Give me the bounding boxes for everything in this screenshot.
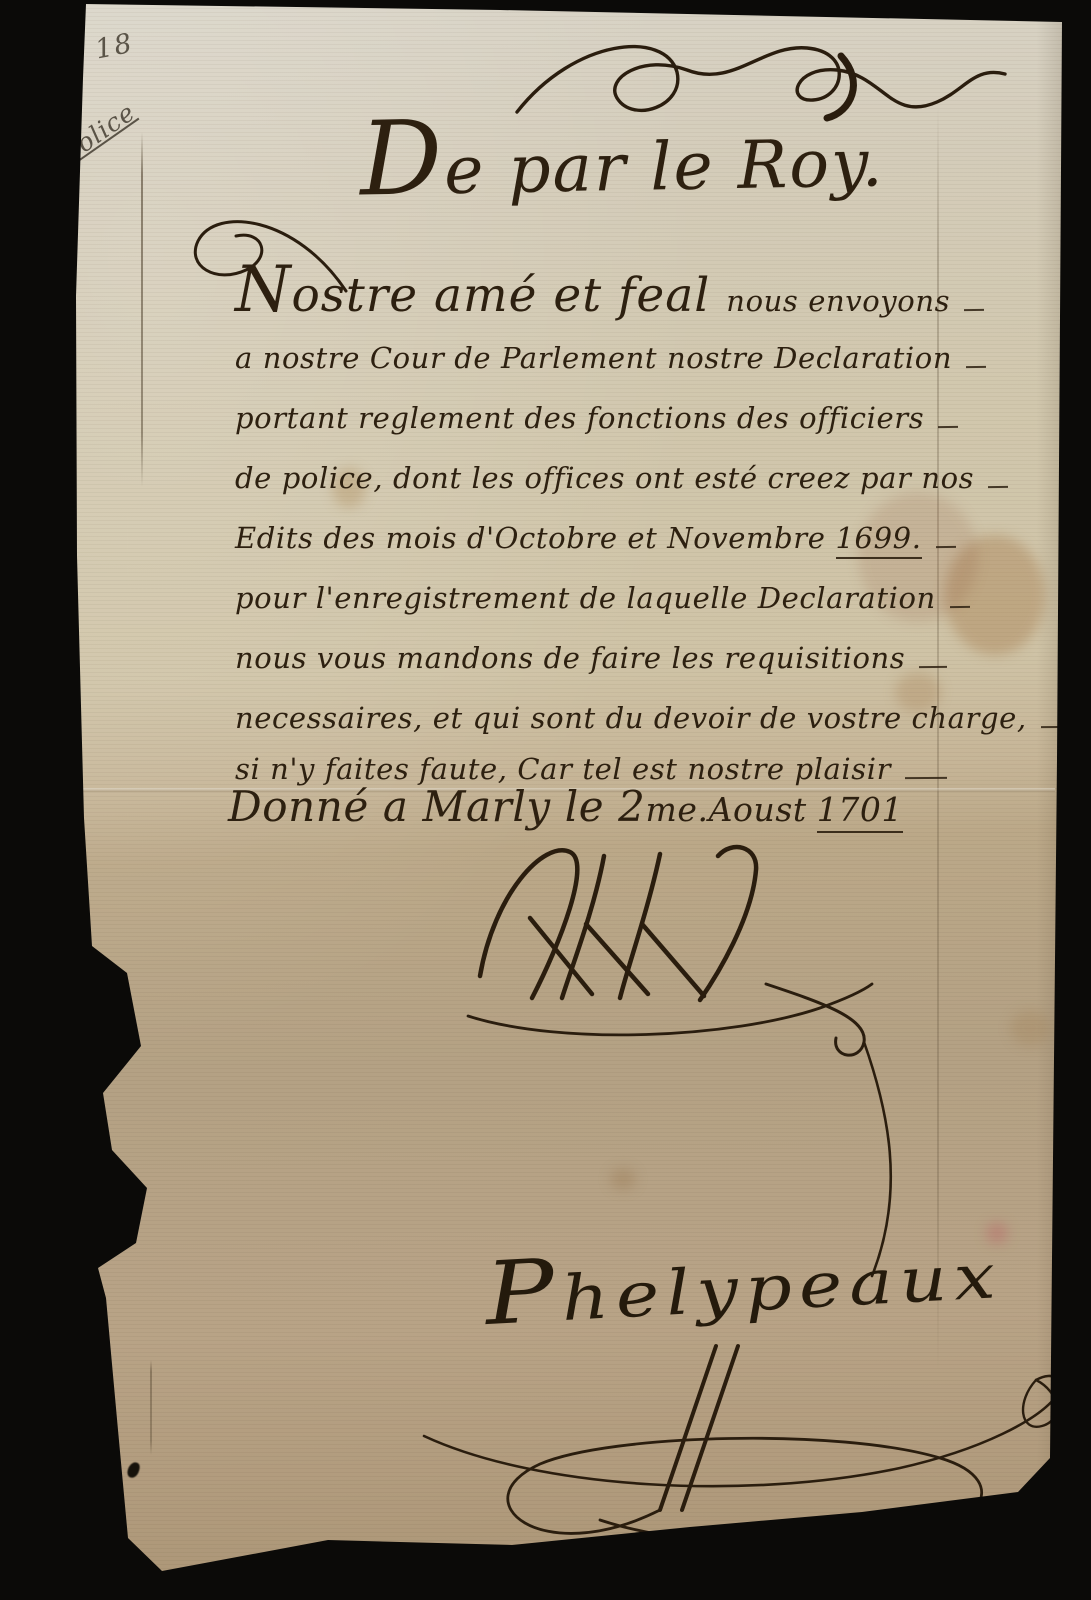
line-text: nous envoyons xyxy=(726,284,950,318)
dateline-day-suffix: me. xyxy=(645,790,708,829)
line-text: de police, dont les offices ont esté cre… xyxy=(235,461,974,495)
body-line: nous vous mandons de faire les requisiti… xyxy=(235,641,947,675)
line-text: necessaires, et qui sont du devoir de vo… xyxy=(235,701,1027,735)
document-paper: N° 18 Police De par le Roy. Nostre amé e… xyxy=(0,0,1091,1600)
body-line: a nostre Cour de Parlement nostre Declar… xyxy=(235,341,947,375)
line-filler-stroke xyxy=(964,309,984,311)
dateline-text: Donné a Marly le 2 xyxy=(228,782,645,831)
line-filler-stroke xyxy=(966,366,986,368)
line-filler-stroke xyxy=(950,606,970,608)
paper-stain xyxy=(1010,1010,1050,1046)
paper-stain xyxy=(610,1168,636,1190)
line-filler-stroke xyxy=(1041,726,1061,728)
line-text: nous vous mandons de faire les requisiti… xyxy=(235,641,905,675)
salutation: Nostre amé et feal xyxy=(235,252,710,326)
body-line: Edits des mois d'Octobre et Novembre 169… xyxy=(235,521,947,559)
line-text: si n'y faites faute, Car tel est nostre … xyxy=(235,752,891,786)
body-line: necessaires, et qui sont du devoir de vo… xyxy=(235,701,947,735)
body-line: Nostre amé et feal nous envoyons xyxy=(235,252,947,326)
letter-heading: De par le Roy. xyxy=(359,91,881,219)
body-line: si n'y faites faute, Car tel est nostre … xyxy=(235,752,947,786)
line-text: portant reglement des fonctions des offi… xyxy=(235,401,924,435)
line-text: a nostre Cour de Parlement nostre Declar… xyxy=(235,341,952,375)
fold-line-left-lower xyxy=(150,1360,152,1455)
body-line: pour l'enregistrement de laquelle Declar… xyxy=(235,581,947,615)
underlined-year-1699: 1699. xyxy=(836,521,922,559)
line-filler-stroke xyxy=(936,546,956,548)
line-text: pour l'enregistrement de laquelle Declar… xyxy=(235,581,936,615)
dateline-month: Aoust xyxy=(709,790,807,829)
body-line: de police, dont les offices ont esté cre… xyxy=(235,461,947,495)
line-filler-stroke xyxy=(919,666,947,668)
phelypeaux-paraph-flourish xyxy=(420,1340,1070,1570)
line-text: Edits des mois d'Octobre et Novembre xyxy=(235,521,826,555)
photo-background: N° 18 Police De par le Roy. Nostre amé e… xyxy=(0,0,1091,1600)
fold-line-left xyxy=(141,132,143,487)
line-filler-stroke xyxy=(988,486,1008,488)
body-line: portant reglement des fonctions des offi… xyxy=(235,401,947,435)
line-filler-stroke xyxy=(905,777,947,779)
line-filler-stroke xyxy=(938,426,958,428)
